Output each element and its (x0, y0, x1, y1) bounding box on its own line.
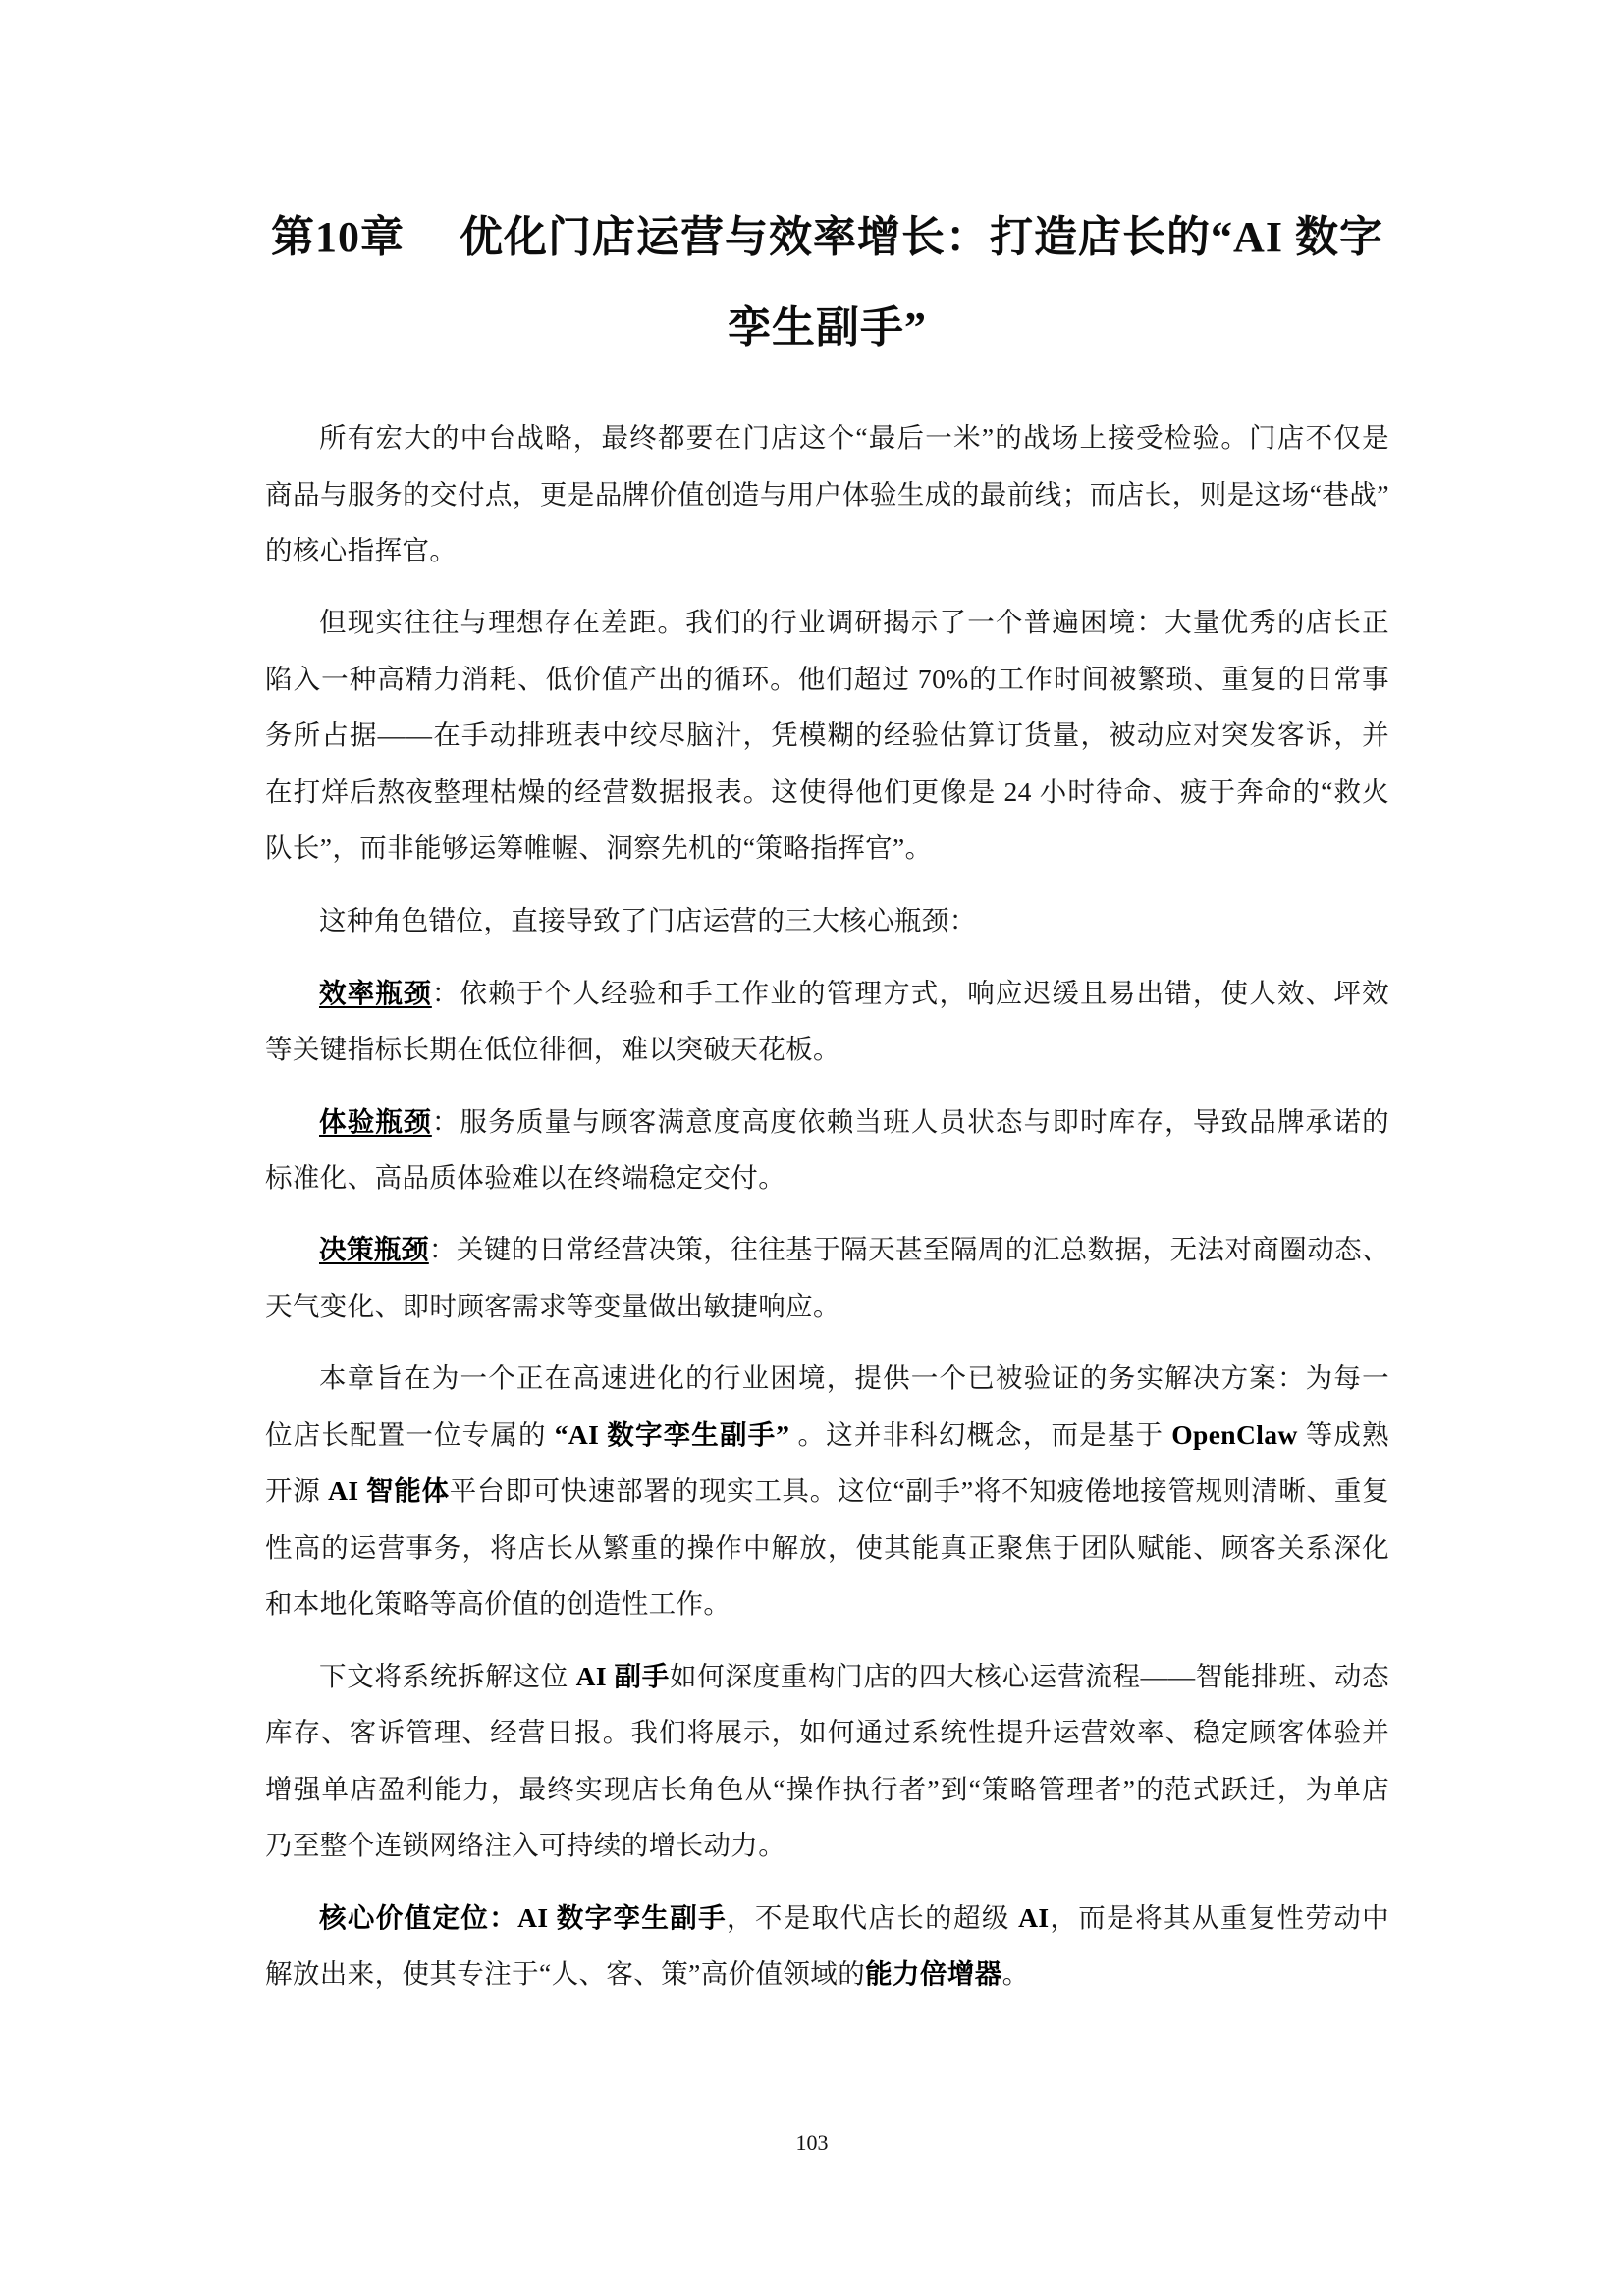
text-line: 陷入一种高精力消耗、低价值产出的循环。他们超过 70%的工作时间被繁琐、重复的日… (265, 660, 1389, 699)
text-run: 下文将系统拆解这位 (319, 1661, 576, 1691)
text-line: 这种角色错位，直接导致了门店运营的三大核心瓶颈： (319, 901, 1389, 940)
text-line: 队长”，而非能够运筹帷幄、洞察先机的“策略指挥官”。 (265, 828, 1389, 868)
chapter-title: 第10章优化门店运营与效率增长：打造店长的“AI 数字 (265, 208, 1389, 267)
text-line: 标准化、高品质体验难以在终端稳定交付。 (265, 1158, 1389, 1198)
chapter-title-line-2: 孪生副手” (728, 303, 927, 351)
chapter-title-line-1: 优化门店运营与效率增长：打造店长的“AI 数字 (460, 213, 1383, 261)
term-experience-bottleneck: 体验瓶颈 (319, 1106, 432, 1137)
chapter-number: 第10章 (271, 213, 405, 261)
text-line: 体验瓶颈：服务质量与顾客满意度高度依赖当班人员状态与即时库存，导致品牌承诺的 (319, 1102, 1389, 1142)
text-line: 和本地化策略等高价值的创造性工作。 (265, 1584, 1389, 1624)
term-capability-multiplier: 能力倍增器 (865, 1958, 1002, 1989)
text-run: 开源 (265, 1475, 328, 1506)
text-run: 位店长配置一位专属的 (265, 1419, 555, 1450)
text-run: 。 (1002, 1958, 1030, 1989)
text-run: ：关键的日常经营决策，往往基于隔天甚至隔周的汇总数据，无法对商圈动态、 (429, 1234, 1389, 1264)
text-line: 位店长配置一位专属的 “AI 数字孪生副手” 。这并非科幻概念，而是基于 Ope… (265, 1415, 1389, 1455)
text-line: 增强单店盈利能力，最终实现店长角色从“操作执行者”到“策略管理者”的范式跃迁，为… (265, 1770, 1389, 1809)
text-line: 核心价值定位：AI 数字孪生副手，不是取代店长的超级 AI，而是将其从重复性劳动… (319, 1898, 1389, 1938)
text-line: 等关键指标长期在低位徘徊，难以突破天花板。 (265, 1030, 1389, 1069)
text-line: 库存、客诉管理、经营日报。我们将展示，如何通过系统性提升运营效率、稳定顾客体验并 (265, 1713, 1389, 1752)
text-line: 所有宏大的中台战略，最终都要在门店这个“最后一米”的战场上接受检验。门店不仅是 (319, 418, 1389, 457)
text-line: 下文将系统拆解这位 AI 副手如何深度重构门店的四大核心运营流程——智能排班、动… (319, 1657, 1389, 1696)
text-line: 但现实往往与理想存在差距。我们的行业调研揭示了一个普遍困境：大量优秀的店长正 (319, 603, 1389, 642)
chapter-title-continued: 孪生副手” (265, 298, 1389, 357)
term-ai: AI (1018, 1902, 1049, 1933)
term-efficiency-bottleneck: 效率瓶颈 (319, 978, 432, 1008)
text-line: 在打烊后熬夜整理枯燥的经营数据报表。这使得他们更像是 24 小时待命、疲于奔命的… (265, 773, 1389, 812)
text-line: 务所占据——在手动排班表中绞尽脑汁，凭模糊的经验估算订货量，被动应对突发客诉，并 (265, 716, 1389, 755)
text-run: 平台即可快速部署的现实工具。这位“副手”将不知疲倦地接管规则清晰、重复 (450, 1475, 1389, 1506)
text-run: 解放出来，使其专注于“人、客、策”高价值领域的 (265, 1958, 865, 1989)
text-line: 解放出来，使其专注于“人、客、策”高价值领域的能力倍增器。 (265, 1954, 1389, 1994)
text-line: 的核心指挥官。 (265, 531, 1389, 570)
term-decision-bottleneck: 决策瓶颈 (319, 1234, 429, 1264)
term-ai-assistant: AI 副手 (576, 1661, 670, 1691)
term-core-value-positioning: 核心价值定位：AI 数字孪生副手 (319, 1902, 727, 1933)
text-run: ，而是将其从重复性劳动中 (1049, 1902, 1389, 1933)
term-ai-digital-twin: “AI 数字孪生副手” (555, 1419, 790, 1450)
document-page: 第10章优化门店运营与效率增长：打造店长的“AI 数字 孪生副手” 所有宏大的中… (0, 0, 1624, 2296)
text-run: ：服务质量与顾客满意度高度依赖当班人员状态与即时库存，导致品牌承诺的 (432, 1106, 1389, 1137)
text-line: 效率瓶颈：依赖于个人经验和手工作业的管理方式，响应迟缓且易出错，使人效、坪效 (319, 974, 1389, 1013)
text-line: 乃至整个连锁网络注入可持续的增长动力。 (265, 1826, 1389, 1865)
text-line: 商品与服务的交付点，更是品牌价值创造与用户体验生成的最前线；而店长，则是这场“巷… (265, 475, 1389, 514)
text-run: 等成熟 (1298, 1419, 1389, 1450)
text-line: 本章旨在为一个正在高速进化的行业困境，提供一个已被验证的务实解决方案：为每一 (319, 1359, 1389, 1398)
text-line: 决策瓶颈：关键的日常经营决策，往往基于隔天甚至隔周的汇总数据，无法对商圈动态、 (319, 1230, 1389, 1269)
text-line: 开源 AI 智能体平台即可快速部署的现实工具。这位“副手”将不知疲倦地接管规则清… (265, 1471, 1389, 1511)
text-run: ：依赖于个人经验和手工作业的管理方式，响应迟缓且易出错，使人效、坪效 (432, 978, 1389, 1008)
text-line: 性高的运营事务，将店长从繁重的操作中解放，使其能真正聚焦于团队赋能、顾客关系深化 (265, 1528, 1389, 1568)
text-line: 天气变化、即时顾客需求等变量做出敏捷响应。 (265, 1287, 1389, 1326)
text-run: ，不是取代店长的超级 (727, 1902, 1018, 1933)
page-number: 103 (0, 2128, 1624, 2158)
term-openclaw: OpenClaw (1171, 1419, 1298, 1450)
term-ai-agent: AI 智能体 (328, 1475, 450, 1506)
text-run: 。这并非科幻概念，而是基于 (789, 1419, 1171, 1450)
text-run: 如何深度重构门店的四大核心运营流程——智能排班、动态 (670, 1661, 1389, 1691)
